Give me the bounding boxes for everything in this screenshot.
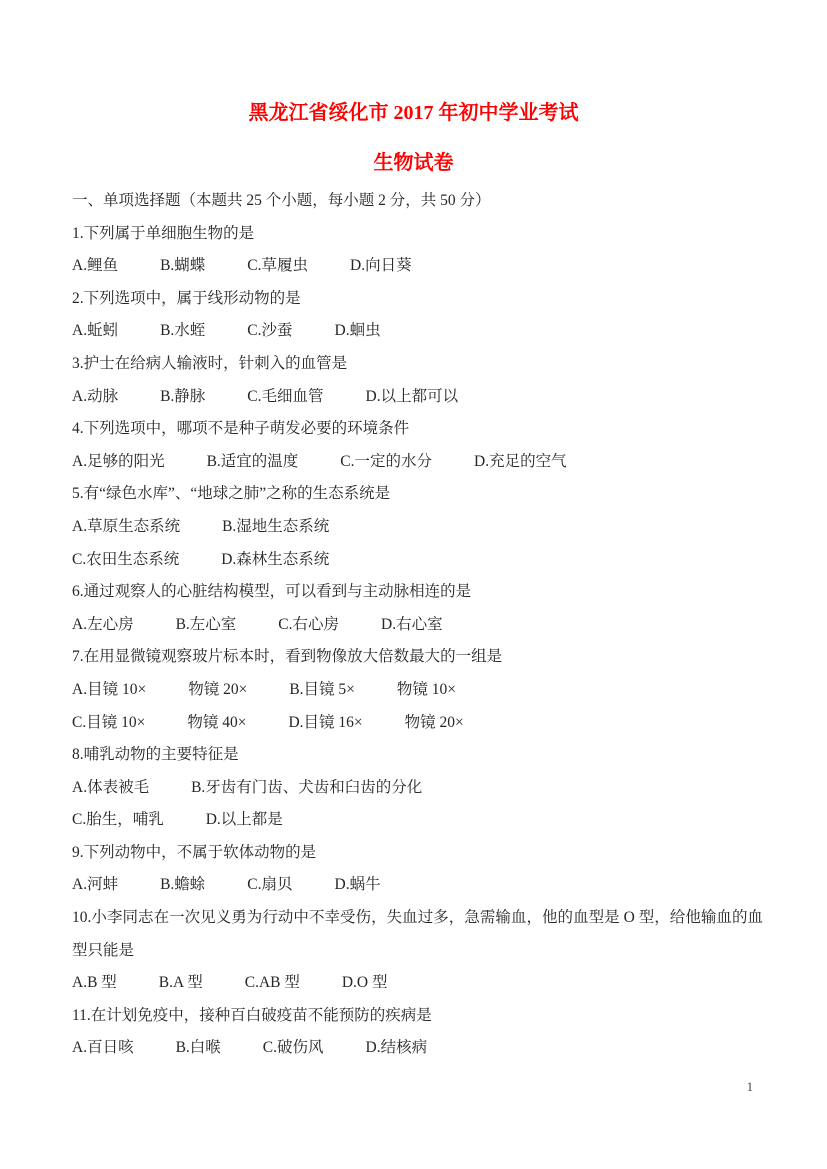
option-row: A.目镜 10×物镜 20×B.目镜 5×物镜 10× — [72, 674, 763, 707]
option-row: A.百日咳B.白喉C.破伤风D.结核病 — [72, 1032, 763, 1065]
option: B.静脉 — [160, 381, 205, 414]
option: B.A 型 — [159, 967, 203, 1000]
option-row: A.蚯蚓B.水蛭C.沙蚕D.蛔虫 — [72, 315, 763, 348]
page-number: 1 — [747, 1077, 753, 1097]
option: 物镜 40× — [187, 707, 246, 740]
option-row: C.农田生态系统D.森林生态系统 — [72, 544, 763, 577]
option: D.O 型 — [342, 967, 388, 1000]
option: A.足够的阳光 — [72, 446, 165, 479]
option: C.扇贝 — [247, 869, 292, 902]
option: D.蛔虫 — [335, 315, 381, 348]
option: C.毛细血管 — [247, 381, 323, 414]
option: D.蜗牛 — [335, 869, 381, 902]
question-stem: 4.下列选项中，哪项不是种子萌发必要的环境条件 — [72, 413, 763, 446]
option: A.动脉 — [72, 381, 118, 414]
option: A.草原生态系统 — [72, 511, 180, 544]
option: D.向日葵 — [350, 250, 412, 283]
option: D.森林生态系统 — [221, 544, 329, 577]
question-stem: 9.下列动物中，不属于软体动物的是 — [72, 837, 763, 870]
option: B.牙齿有门齿、犬齿和臼齿的分化 — [191, 772, 422, 805]
question-stem: 11.在计划免疫中，接种百白破疫苗不能预防的疾病是 — [72, 1000, 763, 1033]
option: A.百日咳 — [72, 1032, 134, 1065]
option: D.以上都是 — [206, 804, 283, 837]
option: C.右心房 — [278, 609, 339, 642]
option: C.沙蚕 — [247, 315, 292, 348]
option: 物镜 20× — [188, 674, 247, 707]
question-stem: 1.下列属于单细胞生物的是 — [72, 218, 763, 251]
option: A.体表被毛 — [72, 772, 149, 805]
option: B.湿地生态系统 — [222, 511, 329, 544]
option-row: A.B 型B.A 型C.AB 型D.O 型 — [72, 967, 763, 1000]
option: A.B 型 — [72, 967, 117, 1000]
option: B.水蛭 — [160, 315, 205, 348]
option: A.蚯蚓 — [72, 315, 118, 348]
option: D.目镜 16× — [288, 707, 362, 740]
option: D.充足的空气 — [474, 446, 567, 479]
option: B.左心室 — [176, 609, 237, 642]
option: C.胎生，哺乳 — [72, 804, 164, 837]
option: A.左心房 — [72, 609, 134, 642]
option: A.河蚌 — [72, 869, 118, 902]
option-row: C.目镜 10×物镜 40×D.目镜 16×物镜 20× — [72, 707, 763, 740]
option: 物镜 20× — [405, 707, 464, 740]
page-title: 黑龙江省绥化市 2017 年初中学业考试 — [0, 0, 827, 126]
question-stem: 5.有“绿色水库”、“地球之肺”之称的生态系统是 — [72, 478, 763, 511]
question-stem: 8.哺乳动物的主要特征是 — [72, 739, 763, 772]
option: B.适宜的温度 — [207, 446, 299, 479]
option: B.目镜 5× — [289, 674, 355, 707]
option: C.农田生态系统 — [72, 544, 179, 577]
option-row: A.足够的阳光B.适宜的温度C.一定的水分D.充足的空气 — [72, 446, 763, 479]
option-row: A.河蚌B.蟾蜍C.扇贝D.蜗牛 — [72, 869, 763, 902]
option: 物镜 10× — [397, 674, 456, 707]
option: B.蟾蜍 — [160, 869, 205, 902]
option: C.一定的水分 — [340, 446, 432, 479]
option-row: C.胎生，哺乳D.以上都是 — [72, 804, 763, 837]
option: B.白喉 — [176, 1032, 221, 1065]
option-row: A.体表被毛B.牙齿有门齿、犬齿和臼齿的分化 — [72, 772, 763, 805]
option: D.右心室 — [381, 609, 443, 642]
option-row: A.左心房B.左心室C.右心房D.右心室 — [72, 609, 763, 642]
section-header: 一、单项选择题（本题共 25 个小题，每小题 2 分，共 50 分） — [72, 185, 763, 218]
question-stem: 2.下列选项中，属于线形动物的是 — [72, 283, 763, 316]
option-row: A.草原生态系统B.湿地生态系统 — [72, 511, 763, 544]
question-stem: 7.在用显微镜观察玻片标本时，看到物像放大倍数最大的一组是 — [72, 641, 763, 674]
option: C.AB 型 — [245, 967, 300, 1000]
exam-page: 黑龙江省绥化市 2017 年初中学业考试 生物试卷 一、单项选择题（本题共 25… — [0, 0, 827, 1169]
option: D.以上都可以 — [366, 381, 459, 414]
option-row: A.鲤鱼B.蝴蝶C.草履虫D.向日葵 — [72, 250, 763, 283]
question-stem: 10.小李同志在一次见义勇为行动中不幸受伤，失血过多，急需输血，他的血型是 O … — [72, 902, 763, 967]
option: A.鲤鱼 — [72, 250, 118, 283]
option: D.结核病 — [366, 1032, 428, 1065]
option: B.蝴蝶 — [160, 250, 205, 283]
question-stem: 3.护士在给病人输液时，针刺入的血管是 — [72, 348, 763, 381]
option: C.破伤风 — [263, 1032, 324, 1065]
option-row: A.动脉B.静脉C.毛细血管D.以上都可以 — [72, 381, 763, 414]
option: A.目镜 10× — [72, 674, 146, 707]
question-list: 1.下列属于单细胞生物的是A.鲤鱼B.蝴蝶C.草履虫D.向日葵2.下列选项中，属… — [72, 218, 763, 1065]
option: C.草履虫 — [247, 250, 308, 283]
exam-body: 一、单项选择题（本题共 25 个小题，每小题 2 分，共 50 分） 1.下列属… — [0, 185, 827, 1065]
page-subtitle: 生物试卷 — [0, 150, 827, 176]
option: C.目镜 10× — [72, 707, 145, 740]
question-stem: 6.通过观察人的心脏结构模型，可以看到与主动脉相连的是 — [72, 576, 763, 609]
